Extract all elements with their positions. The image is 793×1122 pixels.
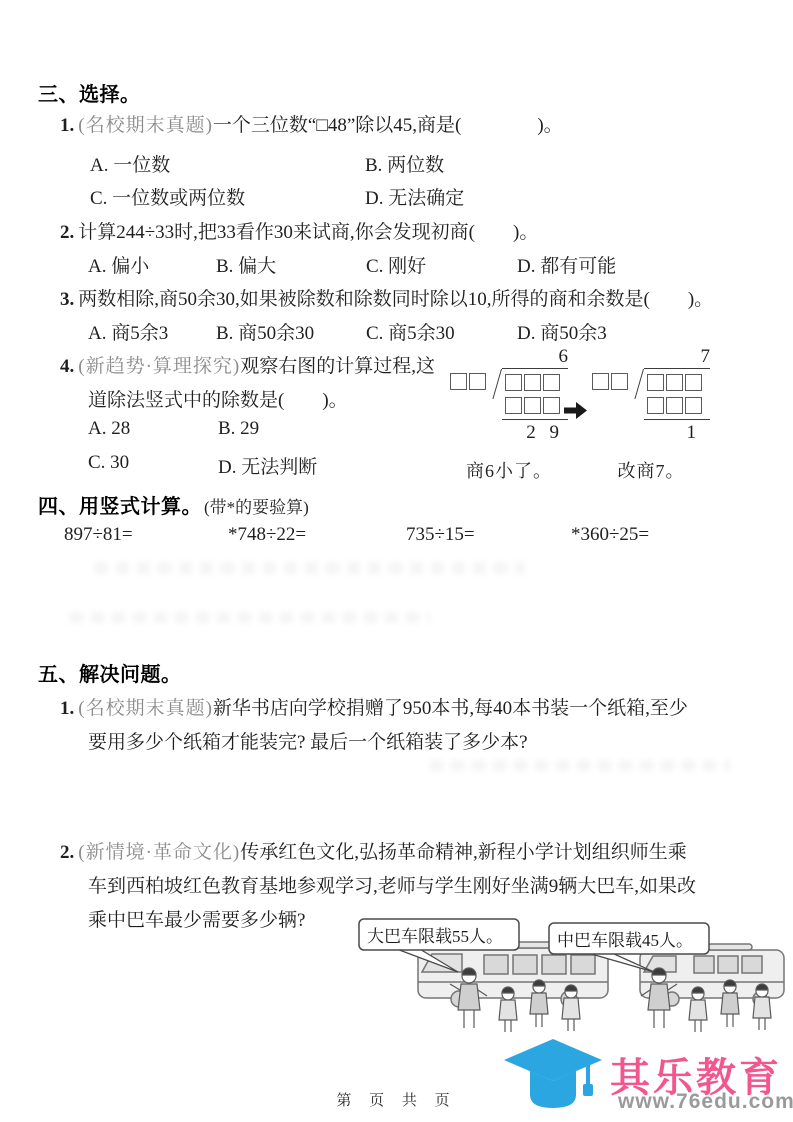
section5-heading: 五、解决问题。 (38, 658, 182, 687)
q4-option-b: B. 29 (218, 418, 259, 440)
digit-box (666, 374, 683, 391)
digit-box (524, 397, 541, 414)
section4-heading: 四、用竖式计算。(带*的要验算) (38, 490, 309, 519)
section3-heading: 三、选择。 (38, 78, 141, 107)
word-problem-2-line3: 乘中巴车最少需要多少辆? (88, 905, 305, 932)
word-problem-2-line1: 2.(新情境·革命文化)传承红色文化,弘扬革命精神,新程小学计划组织师生乘 (60, 837, 687, 864)
bus-illustration: 大巴车限载55人。 中巴车限载45人。 (356, 914, 792, 1042)
question-4-text-line1: 观察右图的计算过程,这 (240, 356, 435, 377)
digit-box (524, 374, 541, 391)
figure-caption-left: 商6小了。 (450, 457, 568, 483)
bubble-right-text: 中巴车限载45人。 (557, 931, 693, 950)
digit-box (685, 397, 702, 414)
product-boxes (647, 397, 710, 414)
student-figure (499, 987, 517, 1032)
digit-box (685, 374, 702, 391)
brand-url: www.76edu.com (618, 1090, 793, 1114)
divisor-boxes (592, 368, 630, 390)
dividend-boxes (647, 374, 710, 391)
bleed-through-smudge (70, 612, 430, 623)
word-problem-2-tag: (新情境·革命文化) (78, 842, 240, 863)
q3-option-c: C. 商5余30 (366, 318, 455, 345)
bleed-through-smudge (430, 760, 730, 771)
word-problem-2-line2: 车到西柏坡红色教育基地参观学习,老师与学生刚好坐满9辆大巴车,如果改 (88, 871, 696, 898)
q4-option-c: C. 30 (88, 452, 129, 474)
student-figure (721, 980, 739, 1027)
q1-option-b: B. 两位数 (365, 150, 444, 177)
word-problem-1-line2: 要用多少个纸箱才能装完? 最后一个纸箱装了多少本? (88, 727, 528, 754)
quotient-digit: 7 (647, 346, 719, 368)
q3-option-d: D. 商50余3 (517, 318, 607, 345)
q1-option-c: C. 一位数或两位数 (90, 183, 245, 210)
bleed-through-smudge (95, 562, 525, 574)
word-problem-1-tag: (名校期末真题) (78, 698, 213, 719)
subtraction-line (502, 419, 568, 420)
q4-option-a: A. 28 (88, 418, 130, 440)
product-boxes (505, 397, 568, 414)
q2-option-a: A. 偏小 (88, 251, 149, 278)
remainder-digits: 1 (647, 422, 710, 444)
digit-box (647, 397, 664, 414)
digit-box (450, 373, 467, 390)
question-2-text: 计算244÷33时,把33看作30来试商,你会发现初商( )。 (78, 222, 538, 243)
question-4-tag: (新趋势·算理探究) (78, 356, 240, 377)
calc-problem-1: 897÷81= (64, 524, 133, 546)
question-1-text: 一个三位数“□48”除以45,商是( )。 (213, 115, 563, 136)
divisor-boxes (450, 368, 488, 390)
digit-box (647, 374, 664, 391)
word-problem-2-number: 2. (60, 842, 74, 863)
q3-option-b: B. 商50余30 (216, 318, 314, 345)
dividend-boxes (505, 374, 568, 391)
remainder-digits: 2 9 (505, 422, 568, 444)
question-4-line1: 4.(新趋势·算理探究)观察右图的计算过程,这 (60, 351, 435, 378)
student-figure (689, 987, 707, 1032)
digit-box (666, 397, 683, 414)
quotient-digit: 6 (505, 346, 577, 368)
division-figure-left: 6 2 9 商6小了。 (450, 346, 568, 483)
question-2-number: 2. (60, 222, 74, 243)
graduation-cap-icon (502, 1038, 604, 1116)
student-figure (562, 985, 580, 1031)
question-1-number: 1. (60, 115, 74, 136)
word-problem-1-text1: 新华书店向学校捐赠了950本书,每40本书装一个纸箱,至少 (213, 698, 688, 719)
question-2: 2.计算244÷33时,把33看作30来试商,你会发现初商( )。 (60, 217, 538, 244)
student-figure (753, 984, 771, 1030)
figure-caption-right: 改商7。 (592, 457, 710, 483)
question-3-number: 3. (60, 289, 74, 310)
section4-heading-text: 四、用竖式计算。 (38, 496, 202, 518)
q2-option-d: D. 都有可能 (517, 251, 616, 278)
q2-option-c: C. 刚好 (366, 251, 426, 278)
word-problem-1-line1: 1.(名校期末真题)新华书店向学校捐赠了950本书,每40本书装一个纸箱,至少 (60, 693, 688, 720)
question-4-line2: 道除法竖式中的除数是( )。 (88, 385, 348, 412)
q3-option-a: A. 商5余3 (88, 318, 168, 345)
bubble-left-text: 大巴车限载55人。 (367, 927, 503, 946)
subtraction-line (644, 419, 710, 420)
calc-problem-2: *748÷22= (228, 524, 306, 546)
q2-option-b: B. 偏大 (216, 251, 276, 278)
calc-problem-3: 735÷15= (406, 524, 475, 546)
division-figure-right: 7 1 改商7。 (592, 346, 710, 483)
question-3: 3.两数相除,商50余30,如果被除数和除数同时除以10,所得的商和余数是( )… (60, 284, 713, 311)
student-figure (530, 980, 548, 1027)
q1-option-d: D. 无法确定 (365, 183, 464, 210)
question-4-number: 4. (60, 356, 74, 377)
q1-option-a: A. 一位数 (90, 150, 170, 177)
digit-box (505, 397, 522, 414)
arrow-icon (563, 401, 588, 420)
word-problem-2-text1: 传承红色文化,弘扬革命精神,新程小学计划组织师生乘 (240, 842, 687, 863)
calc-problem-4: *360÷25= (571, 524, 649, 546)
question-1-tag: (名校期末真题) (78, 115, 213, 136)
word-problem-1-number: 1. (60, 698, 74, 719)
section4-heading-note: (带*的要验算) (204, 498, 309, 517)
question-3-text: 两数相除,商50余30,如果被除数和除数同时除以10,所得的商和余数是( )。 (78, 289, 713, 310)
digit-box (543, 374, 560, 391)
q4-option-d: D. 无法判断 (218, 452, 317, 479)
worksheet-page: 三、选择。 1.(名校期末真题)一个三位数“□48”除以45,商是( )。 A.… (0, 0, 793, 1122)
question-1: 1.(名校期末真题)一个三位数“□48”除以45,商是( )。 (60, 110, 563, 137)
digit-box (592, 373, 609, 390)
digit-box (543, 397, 560, 414)
digit-box (505, 374, 522, 391)
